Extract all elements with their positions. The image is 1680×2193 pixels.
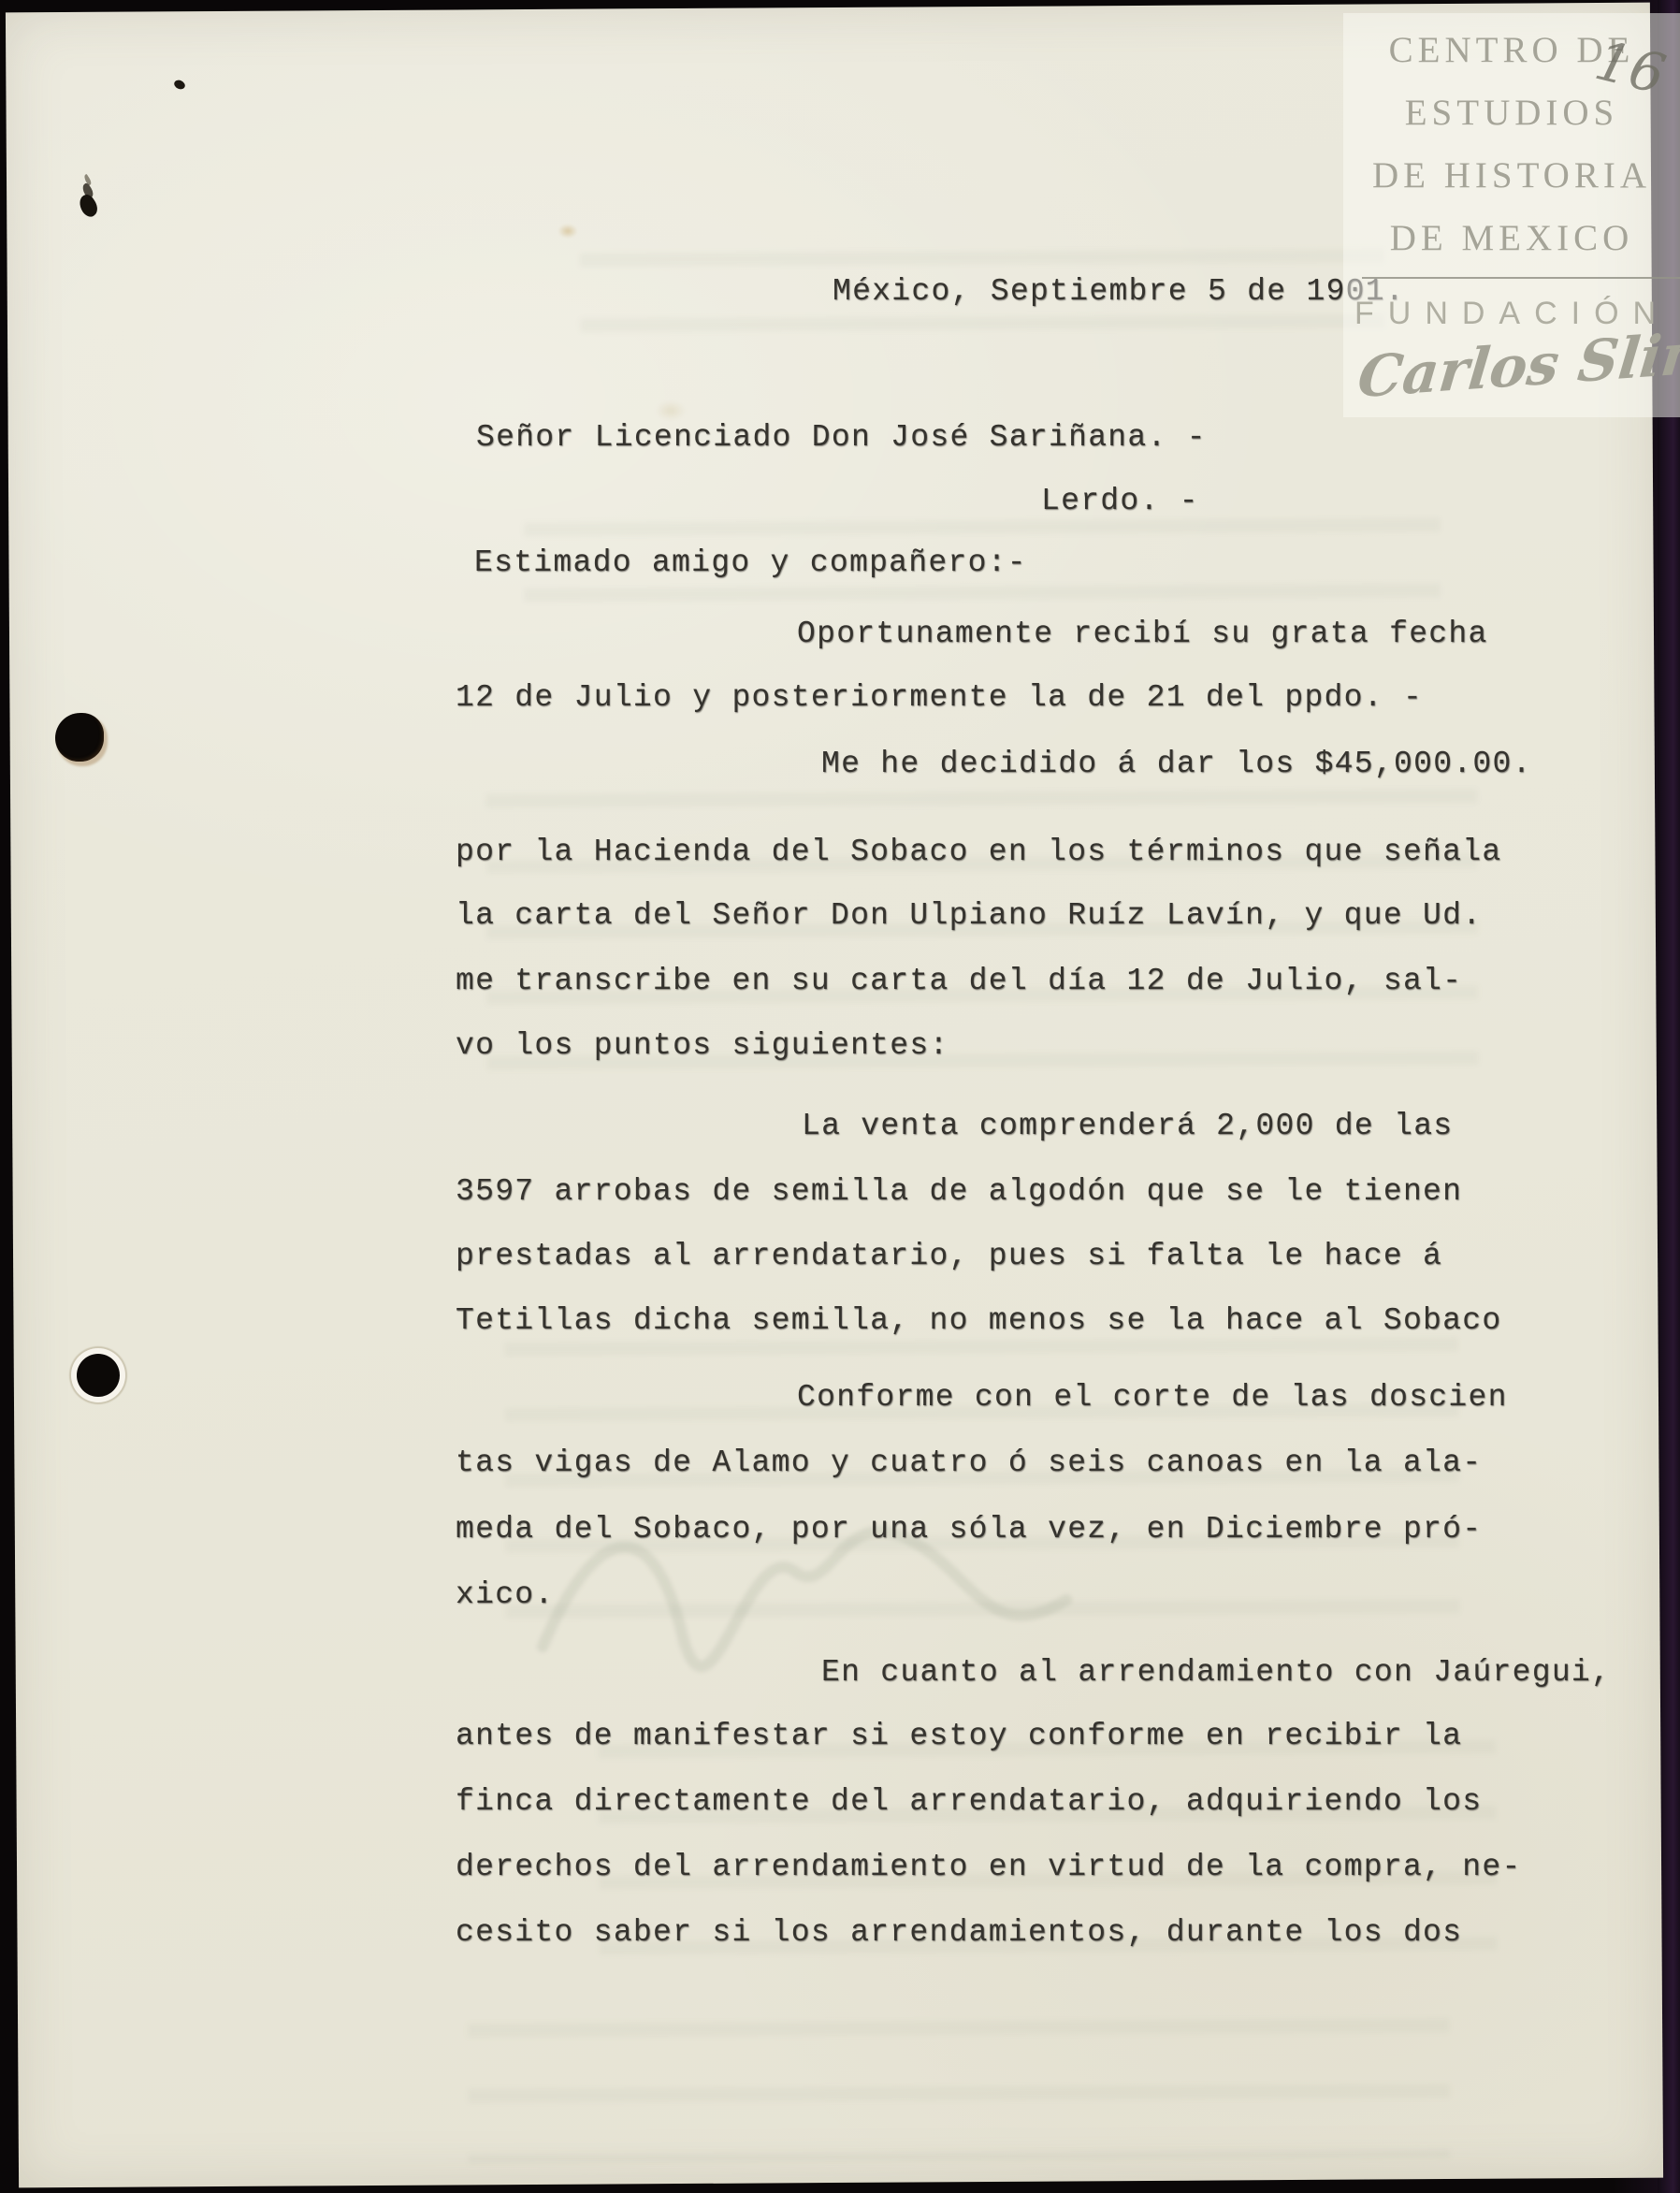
paper-stain: [554, 221, 582, 241]
hole-punch-bottom: [77, 1354, 120, 1397]
recipient-line: Señor Licenciado Don José Sariñana. -: [476, 420, 1207, 456]
bleed-through-smudge: [468, 2018, 1451, 2163]
letter-body-line: me transcribe en su carta del día 12 de …: [456, 964, 1462, 999]
scanned-letter-photo: México, Septiembre 5 de 1901. Señor Lice…: [0, 0, 1680, 2193]
letter-body-line: tas vigas de Alamo y cuatro ó seis canoa…: [456, 1445, 1482, 1481]
watermark-line: DE MEXICO: [1343, 207, 1680, 269]
letter-body-line: por la Hacienda del Sobaco en los términ…: [456, 835, 1501, 870]
watermark-signature: Carlos Slim: [1354, 323, 1680, 412]
letter-body-line: vo los puntos siguientes:: [456, 1028, 949, 1064]
letter-body-line: 3597 arrobas de semilla de algodón que s…: [456, 1174, 1462, 1210]
letter-body-line: cesito saber si los arrendamientos, dura…: [456, 1915, 1462, 1951]
letter-body-line: Conforme con el corte de las doscien: [797, 1380, 1508, 1416]
watermark-divider: [1362, 277, 1680, 279]
letter-body-line: prestadas al arrendatario, pues si falta…: [456, 1239, 1442, 1274]
dateline: México, Septiembre 5 de 1901.: [833, 274, 1405, 310]
letter-body-line: meda del Sobaco, por una sóla vez, en Di…: [456, 1512, 1482, 1547]
letter-body-line: La venta comprenderá 2,000 de las: [802, 1109, 1453, 1144]
letter-body-line: Oportunamente recibí su grata fecha: [797, 617, 1488, 652]
place-line: Lerdo. -: [1041, 484, 1199, 519]
letter-body-line: En cuanto al arrendamiento con Jaúregui,: [821, 1655, 1611, 1691]
letter-body-line: derechos del arrendamiento en virtud de …: [456, 1850, 1522, 1885]
watermark-line: DE HISTORIA: [1343, 144, 1680, 207]
salutation-line: Estimado amigo y compañero:-: [474, 545, 1027, 581]
letter-body-line: 12 de Julio y posteriormente la de 21 de…: [456, 680, 1423, 716]
letter-body-line: antes de manifestar si estoy conforme en…: [456, 1719, 1462, 1754]
letter-body-line: Tetillas dicha semilla, no menos se la h…: [456, 1303, 1501, 1339]
letter-body-line: finca directamente del arrendatario, adq…: [456, 1784, 1482, 1820]
letter-body-line: Me he decidido á dar los $45,000.00.: [821, 747, 1532, 782]
letter-body-line: xico.: [456, 1577, 555, 1613]
letter-body-line: la carta del Señor Don Ulpiano Ruíz Laví…: [456, 898, 1482, 934]
hole-punch-top: [55, 713, 104, 762]
